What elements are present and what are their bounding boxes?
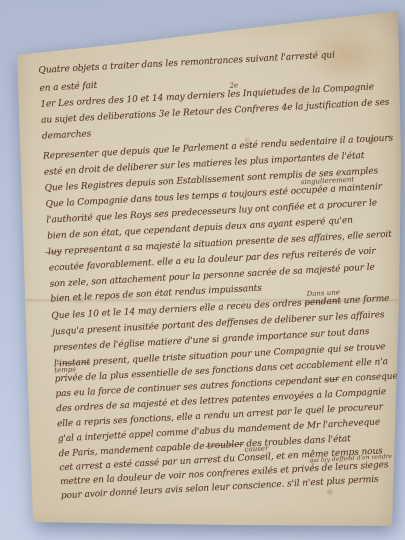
interlinear-insertion: temps: [54, 365, 76, 374]
manuscript-page: Quatre objets a traiter dans les remontr…: [0, 0, 405, 540]
manuscript-line: demarches: [42, 129, 92, 142]
paper-shadow: Quatre objets a traiter dans les remontr…: [0, 0, 405, 540]
manuscript-line: Quatre objets a traiter dans les remontr…: [38, 50, 335, 76]
interlinear-insertion: 2e: [229, 81, 238, 89]
photo-backdrop: Quatre objets a traiter dans les remontr…: [0, 0, 405, 540]
interlinear-insertion: causer: [244, 444, 268, 453]
manuscript-line: en a esté fait: [39, 81, 97, 94]
manuscript-text-block: Quatre objets a traiter dans les remontr…: [36, 42, 405, 510]
